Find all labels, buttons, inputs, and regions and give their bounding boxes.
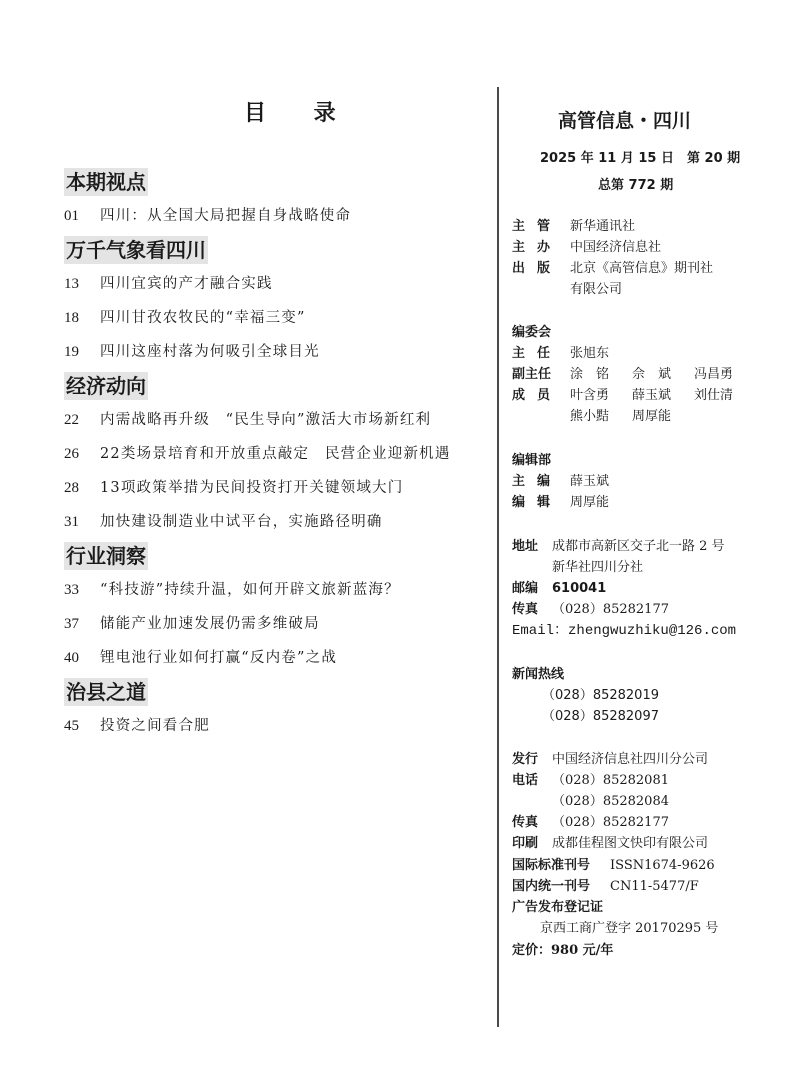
ad-license-row: 京西工商广登字 20170295 号 — [540, 918, 718, 939]
address-value-cont: 新华社四川分社 — [552, 557, 643, 578]
page-number: 22 — [64, 403, 100, 437]
page-number: 13 — [64, 267, 100, 301]
director-name: 张旭东 — [570, 343, 632, 364]
toc-section: 万千气象看四川 13 四川宜宾的产才融合实践 18 四川甘孜农牧民的“幸福三变”… — [64, 233, 484, 369]
page-number: 45 — [64, 709, 100, 743]
phone-value: （028）85282084 — [552, 791, 669, 812]
section-heading: 行业洞察 — [64, 542, 148, 570]
editorial-department-heading: 编辑部 — [512, 450, 551, 471]
printer-label: 印刷 — [512, 833, 552, 854]
toc-entry[interactable]: 26 22类场景培育和开放重点敲定 民营企业迎新机遇 — [64, 437, 484, 471]
toc-section: 治县之道 45 投资之间看合肥 — [64, 675, 484, 743]
article-title: 投资之间看合肥 — [100, 709, 210, 743]
toc-entry[interactable]: 31 加快建设制造业中试平台，实施路径明确 — [64, 505, 484, 539]
member-name: 熊小黠 — [570, 406, 632, 427]
total-issue: 总第 772 期 — [598, 174, 673, 193]
article-title: 13项政策举措为民间投资打开关键领域大门 — [100, 471, 403, 505]
page-number: 31 — [64, 505, 100, 539]
ad-license-value: 京西工商广登字 20170295 号 — [540, 918, 718, 939]
postcode-row: 邮编 610041 — [512, 578, 606, 599]
member-name: 叶含勇 — [570, 385, 632, 406]
price-row: 定价：980 元/年 — [512, 940, 613, 961]
toc-entry[interactable]: 40 锂电池行业如何打赢“反内卷”之战 — [64, 641, 484, 675]
postcode-label: 邮编 — [512, 578, 552, 599]
magazine-contents-page: 目 录 本期视点 01 四川：从全国大局把握自身战略使命 万千气象看四川 13 … — [0, 0, 800, 1079]
page-number: 19 — [64, 335, 100, 369]
article-title: 锂电池行业如何打赢“反内卷”之战 — [100, 641, 337, 675]
supervisor-value: 新华通讯社 — [570, 216, 635, 237]
dist-fax-value: （028）85282177 — [552, 812, 669, 833]
article-title: 四川：从全国大局把握自身战略使命 — [100, 199, 351, 233]
column-divider — [497, 87, 499, 1027]
article-title: 内需战略再升级 “民生导向”激活大市场新红利 — [100, 403, 431, 437]
toc-title: 目 录 — [244, 96, 356, 127]
article-title: 四川宜宾的产才融合实践 — [100, 267, 273, 301]
members-row-cont: 熊小黠 周厚能 — [570, 406, 694, 427]
toc-entry[interactable]: 18 四川甘孜农牧民的“幸福三变” — [64, 301, 484, 335]
page-number: 01 — [64, 199, 100, 233]
article-title: 储能产业加速发展仍需多维破局 — [100, 607, 320, 641]
deputy-director-name: 冯昌勇 — [694, 364, 756, 385]
hotline-row: （028）85282019 — [542, 685, 659, 706]
printer-value: 成都佳程图文快印有限公司 — [552, 833, 708, 854]
ad-license-label: 广告发布登记证 — [512, 897, 603, 918]
issuer-label: 发行 — [512, 749, 552, 770]
editorial-committee-heading: 编委会 — [512, 322, 551, 343]
publisher-row: 出版 北京《高管信息》期刊社 — [512, 258, 713, 279]
cn-label: 国内统一刊号 — [512, 876, 610, 897]
toc-entry[interactable]: 37 储能产业加速发展仍需多维破局 — [64, 607, 484, 641]
publisher-label: 出版 — [512, 258, 570, 279]
article-title: 加快建设制造业中试平台，实施路径明确 — [100, 505, 383, 539]
hotline-number: （028）85282097 — [542, 706, 659, 727]
editor-label: 编辑 — [512, 492, 570, 513]
phone-value: （028）85282081 — [552, 770, 669, 791]
address-value: 成都市高新区交子北一路 2 号 — [552, 536, 725, 557]
issue-date: 2025 年 11 月 15 日 第 20 期 — [540, 147, 740, 166]
toc-entry[interactable]: 13 四川宜宾的产才融合实践 — [64, 267, 484, 301]
phone-row: 电话 （028）85282081 — [512, 770, 669, 791]
toc-entry[interactable]: 45 投资之间看合肥 — [64, 709, 484, 743]
article-title: 四川甘孜农牧民的“幸福三变” — [100, 301, 306, 335]
toc-entry[interactable]: 19 四川这座村落为何吸引全球目光 — [64, 335, 484, 369]
fax-label: 传真 — [512, 599, 552, 620]
email-label: Email： — [512, 621, 568, 642]
supervisor-row: 主管 新华通讯社 — [512, 216, 635, 237]
section-heading: 治县之道 — [64, 678, 148, 706]
toc-entry[interactable]: 01 四川：从全国大局把握自身战略使命 — [64, 199, 484, 233]
address-row: 地址 成都市高新区交子北一路 2 号 — [512, 536, 725, 557]
fax-row: 传真 （028）85282177 — [512, 599, 669, 620]
deputy-directors-row: 副主任 涂 铭 佘 斌 冯昌勇 — [512, 364, 756, 385]
member-name: 刘仕清 — [694, 385, 756, 406]
dist-fax-row: 传真 （028）85282177 — [512, 812, 669, 833]
toc-body: 本期视点 01 四川：从全国大局把握自身战略使命 万千气象看四川 13 四川宜宾… — [64, 165, 484, 743]
issuer-value: 中国经济信息社四川分公司 — [552, 749, 708, 770]
toc-entry[interactable]: 28 13项政策举措为民间投资打开关键领域大门 — [64, 471, 484, 505]
section-heading: 万千气象看四川 — [64, 236, 208, 264]
sponsor-value: 中国经济信息社 — [570, 237, 661, 258]
address-row-cont: 新华社四川分社 — [552, 557, 643, 578]
sponsor-row: 主办 中国经济信息社 — [512, 237, 661, 258]
issn-value: ISSN1674-9626 — [610, 855, 715, 876]
chief-editor-row: 主编 薛玉斌 — [512, 471, 609, 492]
issn-row: 国际标准刊号 ISSN1674-9626 — [512, 855, 715, 876]
issuer-row: 发行 中国经济信息社四川分公司 — [512, 749, 708, 770]
deputy-director-name: 佘 斌 — [632, 364, 694, 385]
deputy-directors-label: 副主任 — [512, 364, 570, 385]
postcode-value: 610041 — [552, 578, 606, 599]
cn-row: 国内统一刊号 CN11-5477/F — [512, 876, 699, 897]
section-heading: 本期视点 — [64, 168, 148, 196]
hotline-row: （028）85282097 — [542, 706, 659, 727]
toc-section: 经济动向 22 内需战略再升级 “民生导向”激活大市场新红利 26 22类场景培… — [64, 369, 484, 539]
article-title: 四川这座村落为何吸引全球目光 — [100, 335, 320, 369]
fax-value: （028）85282177 — [552, 599, 669, 620]
price: 定价：980 元/年 — [512, 940, 613, 961]
editor-row: 编辑 周厚能 — [512, 492, 609, 513]
phone-row-cont: （028）85282084 — [552, 791, 669, 812]
printer-row: 印刷 成都佳程图文快印有限公司 — [512, 833, 708, 854]
email-value[interactable]: zhengwuzhiku@126.com — [568, 621, 736, 642]
editor-name: 周厚能 — [570, 492, 609, 513]
dist-fax-label: 传真 — [512, 812, 552, 833]
publisher-value: 北京《高管信息》期刊社 — [570, 258, 713, 279]
page-number: 28 — [64, 471, 100, 505]
article-title: “科技游”持续升温，如何开辟文旅新蓝海？ — [100, 573, 400, 607]
page-number: 37 — [64, 607, 100, 641]
news-hotline-heading: 新闻热线 — [512, 664, 564, 685]
toc-section: 本期视点 01 四川：从全国大局把握自身战略使命 — [64, 165, 484, 233]
member-name: 周厚能 — [632, 406, 694, 427]
member-name: 薛玉斌 — [632, 385, 694, 406]
cn-value: CN11-5477/F — [610, 876, 699, 897]
toc-entry[interactable]: 33 “科技游”持续升温，如何开辟文旅新蓝海？ — [64, 573, 484, 607]
director-label: 主任 — [512, 343, 570, 364]
members-label: 成员 — [512, 385, 570, 406]
page-number: 40 — [64, 641, 100, 675]
address-label: 地址 — [512, 536, 552, 557]
supervisor-label: 主管 — [512, 216, 570, 237]
article-title: 22类场景培育和开放重点敲定 民营企业迎新机遇 — [100, 437, 451, 471]
page-number: 33 — [64, 573, 100, 607]
sponsor-label: 主办 — [512, 237, 570, 258]
publisher-value-cont: 有限公司 — [570, 279, 622, 300]
publisher-row-cont: 有限公司 — [570, 279, 622, 300]
deputy-director-name: 涂 铭 — [570, 364, 632, 385]
section-heading: 经济动向 — [64, 372, 148, 400]
publication-title: 高管信息・四川 — [558, 106, 691, 133]
page-number: 18 — [64, 301, 100, 335]
chief-editor-label: 主编 — [512, 471, 570, 492]
toc-entry[interactable]: 22 内需战略再升级 “民生导向”激活大市场新红利 — [64, 403, 484, 437]
toc-section: 行业洞察 33 “科技游”持续升温，如何开辟文旅新蓝海？ 37 储能产业加速发展… — [64, 539, 484, 675]
members-row: 成员 叶含勇 薛玉斌 刘仕清 — [512, 385, 756, 406]
page-number: 26 — [64, 437, 100, 471]
hotline-number: （028）85282019 — [542, 685, 659, 706]
chief-editor-name: 薛玉斌 — [570, 471, 609, 492]
email-row: Email： zhengwuzhiku@126.com — [512, 621, 736, 642]
issn-label: 国际标准刊号 — [512, 855, 610, 876]
director-row: 主任 张旭东 — [512, 343, 632, 364]
phone-label: 电话 — [512, 770, 552, 791]
